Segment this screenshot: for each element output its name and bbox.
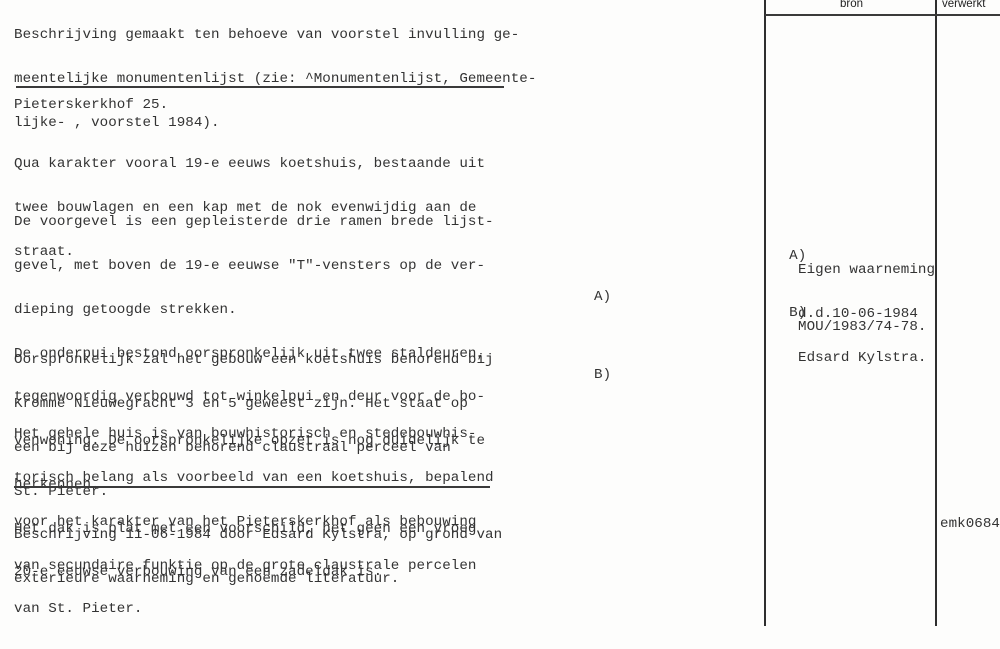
text-line: Qua karakter vooral 19-e eeuws koetshuis… [14, 157, 485, 172]
verwerkt-code: emk0684 [940, 517, 1000, 532]
column-header-rule [765, 14, 1000, 16]
source-lines: MOU/1983/74-78. [798, 291, 926, 364]
source-b: B) MOU/1983/74-78. [772, 291, 806, 335]
margin-ref-b: B) [594, 368, 611, 383]
text-line: MOU/1983/74-78. [798, 320, 926, 335]
margin-ref-a: A) [594, 290, 611, 305]
text-line: De voorgevel is een gepleisterde drie ra… [14, 215, 494, 230]
text-line: Eigen waarneming [798, 263, 935, 278]
address-heading: Pieterskerkhof 25. [14, 98, 168, 113]
footer-description: Beschrijving 11-06-1984 door Edsard Kyls… [14, 499, 502, 601]
bottom-divider [14, 486, 490, 488]
text-line: Oorspronkelijk zal het gebouw een koetsh… [14, 353, 494, 368]
text-line: Het gehele huis is van bouwhistorisch en… [14, 427, 494, 442]
verwerkt-header: verwerkt [942, 0, 985, 10]
text-line: van St. Pieter. [14, 602, 494, 617]
text-line: gevel, met boven de 19-e eeuwse "T"-vens… [14, 259, 494, 274]
text-line: Beschrijving 11-06-1984 door Edsard Kyls… [14, 528, 502, 543]
bron-column-left-border [764, 0, 766, 626]
intro-text: Beschrijving gemaakt ten behoeve van voo… [14, 0, 536, 145]
bron-header: bron [840, 0, 863, 10]
intro-line: meentelijke monumentenlijst (zie: ^Monum… [14, 72, 536, 87]
verwerkt-column-left-border [935, 0, 937, 626]
intro-line: Beschrijving gemaakt ten behoeve van voo… [14, 28, 536, 43]
top-divider [16, 86, 504, 88]
text-line: dieping getoogde strekken. [14, 303, 494, 318]
text-line: exterieure waarneming en genoemde litera… [14, 572, 502, 587]
text-line: torisch belang als voorbeeld van een koe… [14, 471, 494, 486]
source-a: A) Eigen waarneming d.d.10-06-1984 Edsar… [772, 234, 806, 278]
